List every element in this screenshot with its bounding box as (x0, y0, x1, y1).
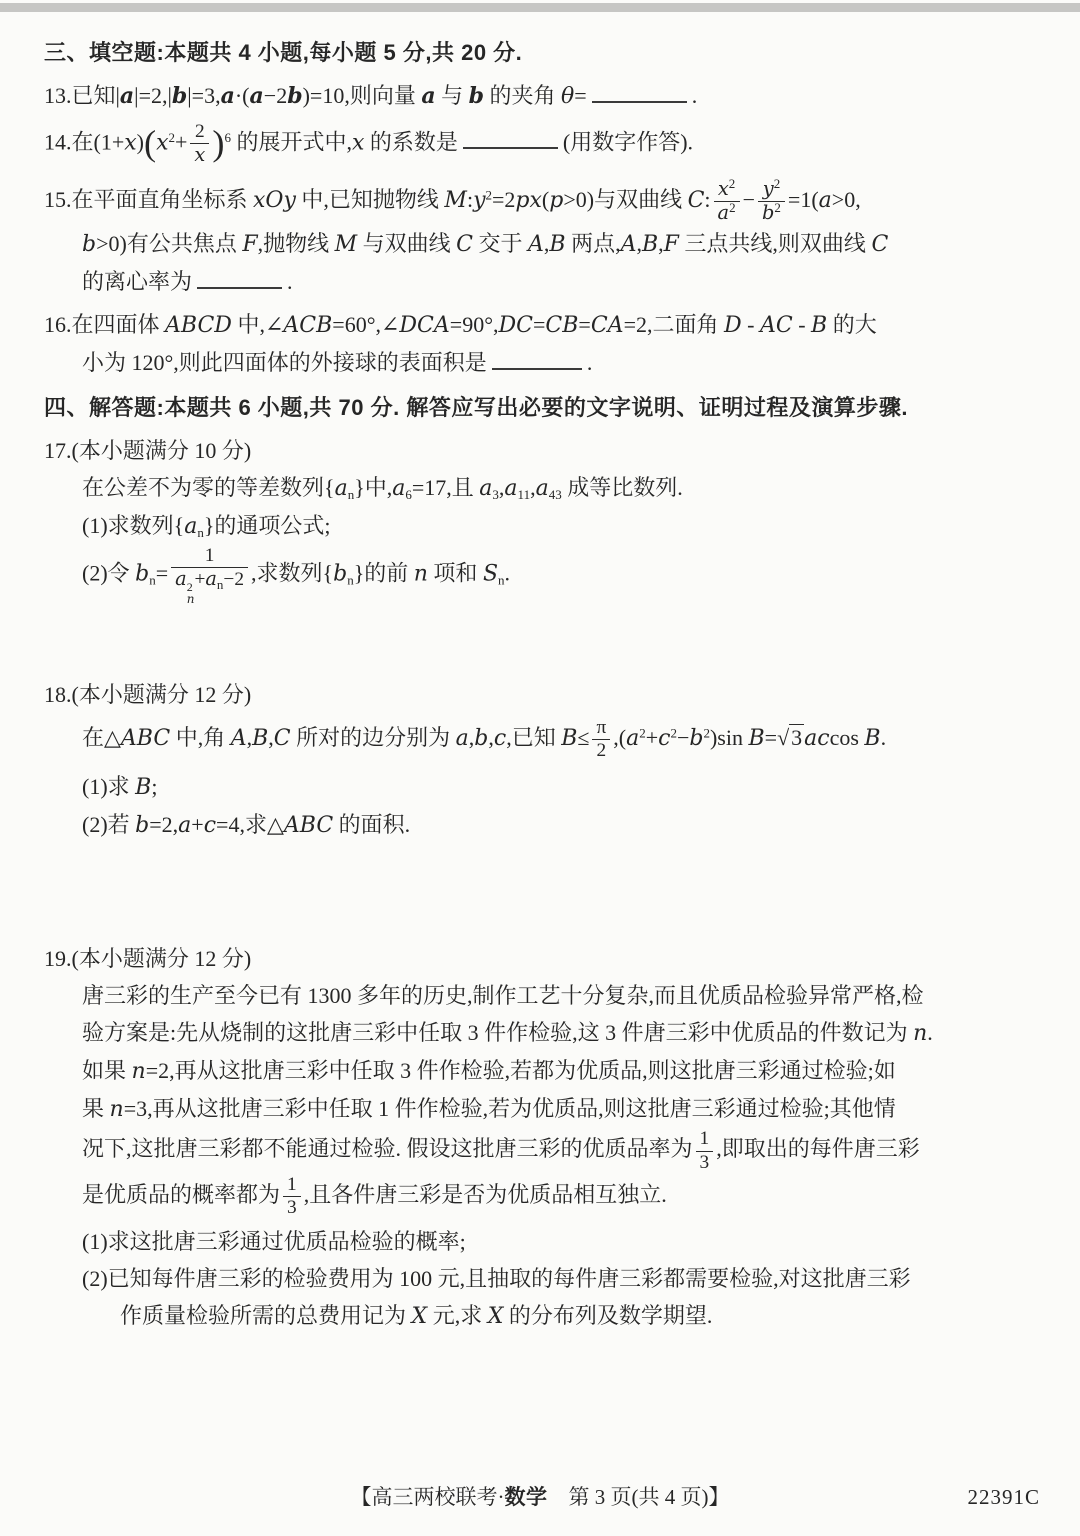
question-19-line-2: 验方案是:先从烧制的这批唐三彩中任取 3 件作检验,这 3 件唐三彩中优质品的件… (44, 1014, 1044, 1052)
section-4-heading: 四、解答题:本题共 6 小题,共 70 分. 解答应写出必要的文字说明、证明过程… (44, 389, 1044, 426)
question-17-header: 17.(本小题满分 10 分) (44, 432, 1044, 469)
question-15-line-2: b>0)有公共焦点 F,抛物线 M 与双曲线 C 交于 A,B 两点,A,B,F… (44, 225, 1044, 263)
question-17-line-3: (2)令 bn=1a2n+an−2,求数列{bn}的前 n 项和 Sn. (44, 545, 1044, 606)
footer-title-prefix: 【高三两校联考· (351, 1485, 505, 1509)
footer-page-number: 第 3 页(共 4 页)】 (548, 1485, 730, 1509)
question-19-line-5: 况下,这批唐三彩都不能通过检验. 假设这批唐三彩的优质品率为13,即取出的每件唐… (44, 1128, 1044, 1174)
question-15-line-1: 15.在平面直角坐标系 xOy 中,已知抛物线 M:y2=2px(p>0)与双曲… (44, 178, 1044, 226)
footer-title: 【高三两校联考·数学 第 3 页(共 4 页)】 (0, 1480, 1080, 1515)
footer-subject: 数学 (505, 1486, 548, 1509)
question-14-line-1: 14.在(1+x)(x2+2x)6 的展开式中,x 的系数是(用数字作答). (44, 121, 1044, 168)
question-15-line-3: 的离心率为. (44, 263, 1044, 300)
page-footer: 【高三两校联考·数学 第 3 页(共 4 页)】 22391C (0, 1480, 1080, 1515)
question-19-line-7: (1)求这批唐三彩通过优质品检验的概率; (44, 1223, 1044, 1260)
exam-page: 三、填空题:本题共 4 小题,每小题 5 分,共 20 分. 13.已知|a|=… (0, 0, 1080, 1536)
exam-content: 三、填空题:本题共 4 小题,每小题 5 分,共 20 分. 13.已知|a|=… (0, 0, 1080, 1335)
question-19-line-3: 如果 n=2,再从这批唐三彩中任取 3 件作检验,若都为优质品,则这批唐三彩通过… (44, 1052, 1044, 1090)
question-16-line-1: 16.在四面体 ABCD 中,∠ACB=60°,∠DCA=90°,DC=CB=C… (44, 306, 1044, 344)
question-19-line-6: 是优质品的概率都为13,且各件唐三彩是否为优质品相互独立. (44, 1174, 1044, 1220)
question-18-line-2: (1)求 B; (44, 768, 1044, 806)
question-19-line-9: 作质量检验所需的总费用记为 X 元,求 X 的分布列及数学期望. (44, 1297, 1044, 1335)
question-19-line-1: 唐三彩的生产至今已有 1300 多年的历史,制作工艺十分复杂,而且优质品检验异常… (44, 977, 1044, 1014)
scan-edge-band (0, 3, 1080, 12)
section-3-heading: 三、填空题:本题共 4 小题,每小题 5 分,共 20 分. (44, 34, 1044, 71)
question-19-header: 19.(本小题满分 12 分) (44, 940, 1044, 977)
question-13-line-1: 13.已知|a|=2,|b|=3,a·(a−2b)=10,则向量 a 与 b 的… (44, 77, 1044, 115)
question-17-line-1: 在公差不为零的等差数列{an}中,a6=17,且 a3,a11,a43 成等比数… (44, 469, 1044, 507)
question-17-line-2: (1)求数列{an}的通项公式; (44, 507, 1044, 545)
question-16-line-2: 小为 120°,则此四面体的外接球的表面积是. (44, 344, 1044, 381)
question-18-line-3: (2)若 b=2,a+c=4,求△ABC 的面积. (44, 806, 1044, 844)
question-19-line-4: 果 n=3,再从这批唐三彩中任取 1 件作检验,若为优质品,则这批唐三彩通过检验… (44, 1090, 1044, 1128)
question-18-header: 18.(本小题满分 12 分) (44, 676, 1044, 713)
question-18-line-1: 在△ABC 中,角 A,B,C 所对的边分别为 a,b,c,已知 B≤π2,(a… (44, 717, 1044, 763)
footer-paper-code: 22391C (967, 1480, 1040, 1514)
question-19-line-8: (2)已知每件唐三彩的检验费用为 100 元,且抽取的每件唐三彩都需要检验,对这… (44, 1260, 1044, 1297)
